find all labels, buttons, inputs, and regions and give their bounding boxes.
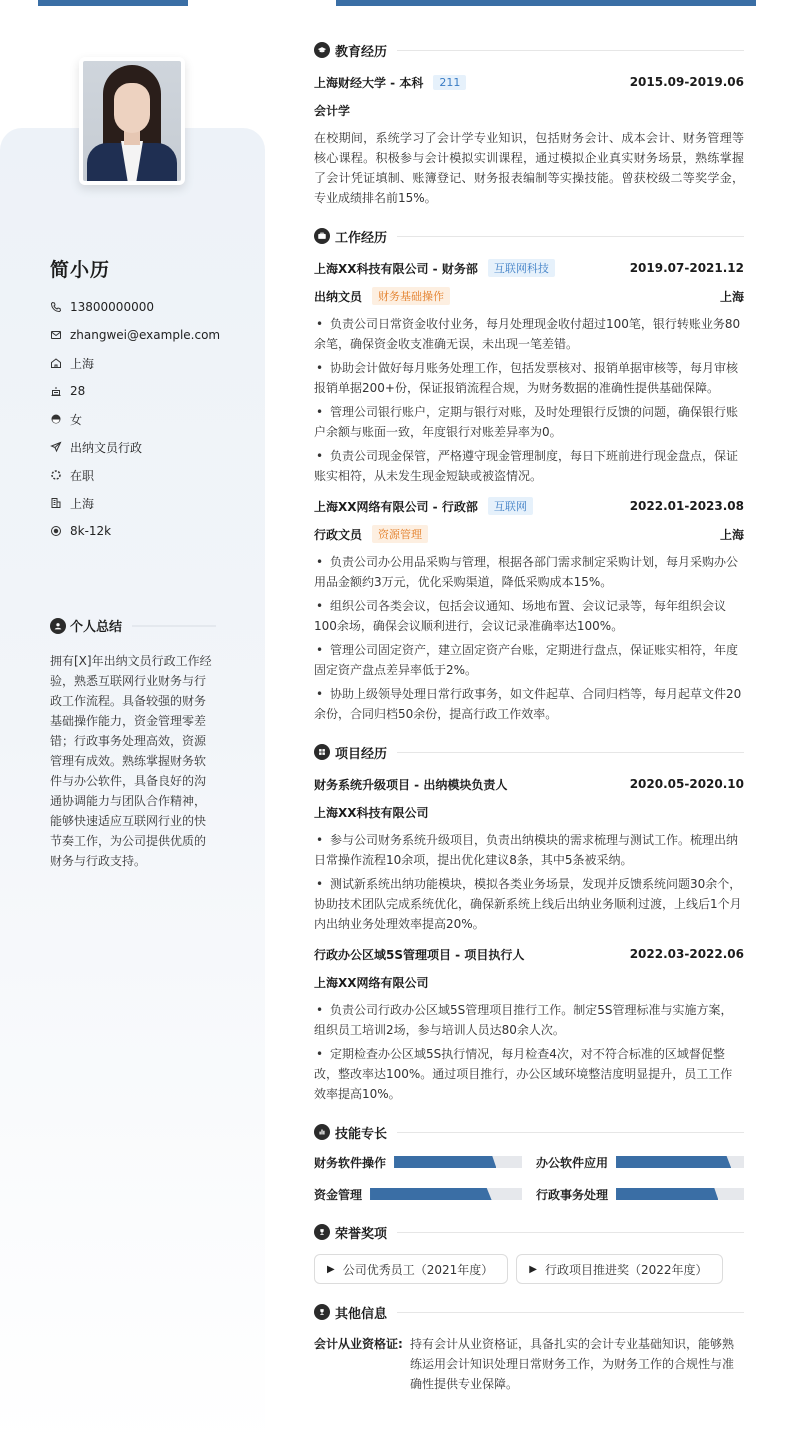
user-icon (50, 618, 66, 634)
company-name: 上海XX网络有限公司 - 行政部 (314, 498, 478, 515)
grid-icon (314, 744, 330, 760)
skill-bar (394, 1156, 522, 1168)
top-accent-bar-left (38, 0, 188, 6)
project-bullets: •负责公司行政办公区域5S管理项目推行工作。制定5S管理标准与实施方案，组织员工… (314, 1000, 744, 1104)
contact-position: 出纳文员行政 (50, 433, 220, 461)
list-item: •管理公司银行账户，定期与银行对账，及时处理银行反馈的问题，确保银行账户余额与账… (314, 402, 744, 442)
list-item: •组织公司各类会议，包括会议通知、场地布置、会议记录等，每年组织会议100余场，… (314, 596, 744, 636)
play-icon: ▶ (529, 1264, 537, 1275)
list-item: •参与公司财务系统升级项目，负责出纳模块的需求梳理与测试工作。梳理出纳日常操作流… (314, 830, 744, 870)
section-heading: 教育经历 (314, 38, 744, 62)
project-company: 上海XX科技有限公司 (314, 804, 429, 821)
project-period: 2020.05-2020.10 (630, 777, 744, 791)
contact-city: 上海 (50, 489, 220, 517)
other-info-row: 会计从业资格证: 持有会计从业资格证，具备扎实的会计专业基础知识，能够熟练运用会… (314, 1334, 744, 1394)
project-company: 上海XX网络有限公司 (314, 974, 429, 991)
work-city: 上海 (720, 526, 744, 543)
other-info-section: 其他信息 会计从业资格证: 持有会计从业资格证，具备扎实的会计专业基础知识，能够… (314, 1300, 744, 1394)
skill-item: 办公软件应用 (536, 1152, 744, 1172)
industry-tag: 互联网 (488, 497, 533, 515)
education-section: 教育经历 上海财经大学 - 本科211 2015.09-2019.06 会计学 … (314, 38, 744, 208)
projects-section: 项目经历 财务系统升级项目 - 出纳模块负责人 2020.05-2020.10 … (314, 740, 744, 1104)
profile-name: 简小历 (50, 255, 110, 282)
school-tag: 211 (433, 75, 466, 90)
home-icon (50, 357, 62, 369)
list-item: •定期检查办公区域5S执行情况，每月检查4次，对不符合标准的区域督促整改，整改率… (314, 1044, 744, 1104)
trophy-icon (314, 1224, 330, 1240)
avatar (79, 57, 185, 185)
project-bullets: •参与公司财务系统升级项目，负责出纳模块的需求梳理与测试工作。梳理出纳日常操作流… (314, 830, 744, 934)
list-item: •负责公司办公用品采购与管理，根据各部门需求制定采购计划，每月采购办公用品金额约… (314, 552, 744, 592)
skills-section: 技能专长 财务软件操作 办公软件应用 资金管理 行政事务处理 (314, 1120, 744, 1204)
status-icon (50, 469, 62, 481)
project-period: 2022.03-2022.06 (630, 947, 744, 961)
work-city: 上海 (720, 288, 744, 305)
project-item: 行政办公区域5S管理项目 - 项目执行人 2022.03-2022.06 上海X… (314, 940, 744, 1104)
project-item: 财务系统升级项目 - 出纳模块负责人 2020.05-2020.10 上海XX科… (314, 770, 744, 934)
company-name: 上海XX科技有限公司 - 财务部 (314, 260, 478, 277)
building-icon (50, 497, 62, 509)
top-accent-bar-right (336, 0, 756, 6)
section-heading: 项目经历 (314, 740, 744, 764)
list-item: •负责公司现金保管，严格遵守现金管理制度，每日下班前进行现金盘点，保证账实相符，… (314, 446, 744, 486)
major: 会计学 (314, 102, 350, 119)
role-tag: 财务基础操作 (372, 287, 450, 305)
bar-chart-icon (314, 1124, 330, 1140)
skill-bar (616, 1188, 744, 1200)
other-info-key: 会计从业资格证: (314, 1334, 410, 1394)
list-item: •协助上级领导处理日常行政事务，如文件起草、合同归档等，每月起草文件20余份，合… (314, 684, 744, 724)
contact-salary: 8k-12k (50, 517, 220, 545)
contact-gender: 女 (50, 405, 220, 433)
profile-photo (83, 61, 181, 181)
section-heading: 技能专长 (314, 1120, 744, 1144)
education-period: 2015.09-2019.06 (630, 75, 744, 89)
cake-icon (50, 385, 62, 397)
contact-phone: 13800000000 (50, 293, 220, 321)
work-bullets: •负责公司办公用品采购与管理，根据各部门需求制定采购计划，每月采购办公用品金额约… (314, 552, 744, 724)
work-item: 上海XX网络有限公司 - 行政部互联网 2022.01-2023.08 行政文员… (314, 492, 744, 724)
other-info-value: 持有会计从业资格证，具备扎实的会计专业基础知识，能够熟练运用会计知识处理日常财务… (410, 1334, 744, 1394)
skill-bar (370, 1188, 522, 1200)
work-item: 上海XX科技有限公司 - 财务部互联网科技 2019.07-2021.12 出纳… (314, 254, 744, 486)
skill-item: 行政事务处理 (536, 1184, 744, 1204)
send-icon (50, 441, 62, 453)
skills-grid: 财务软件操作 办公软件应用 资金管理 行政事务处理 (314, 1152, 744, 1204)
major-row: 会计学 (314, 96, 744, 124)
education-row: 上海财经大学 - 本科211 2015.09-2019.06 (314, 68, 744, 96)
awards-list: ▶公司优秀员工（2021年度） ▶行政项目推进奖（2022年度） (314, 1254, 744, 1284)
skill-item: 财务软件操作 (314, 1152, 522, 1172)
play-icon: ▶ (327, 1264, 335, 1275)
briefcase-icon (314, 228, 330, 244)
project-name: 财务系统升级项目 - 出纳模块负责人 (314, 776, 507, 793)
divider (397, 1232, 744, 1233)
section-heading: 其他信息 (314, 1300, 744, 1324)
work-period: 2022.01-2023.08 (630, 499, 744, 513)
job-title: 出纳文员 (314, 288, 362, 305)
skill-bar (616, 1156, 744, 1168)
divider (132, 625, 216, 627)
section-heading: 工作经历 (314, 224, 744, 248)
contact-email: zhangwei@example.com (50, 321, 220, 349)
info-icon (314, 1304, 330, 1320)
main-content: 教育经历 上海财经大学 - 本科211 2015.09-2019.06 会计学 … (314, 38, 744, 1394)
role-tag: 资源管理 (372, 525, 428, 543)
contact-home: 上海 (50, 349, 220, 377)
divider (397, 1312, 744, 1313)
work-bullets: •负责公司日常资金收付业务，每月处理现金收付超过100笔，银行转账业务80余笔，… (314, 314, 744, 486)
contact-list: 13800000000 zhangwei@example.com 上海 28 女… (50, 293, 220, 545)
school-name: 上海财经大学 - 本科 (314, 74, 423, 91)
work-section: 工作经历 上海XX科技有限公司 - 财务部互联网科技 2019.07-2021.… (314, 224, 744, 724)
contact-age: 28 (50, 377, 220, 405)
industry-tag: 互联网科技 (488, 259, 555, 277)
award-item: ▶公司优秀员工（2021年度） (314, 1254, 508, 1284)
graduation-cap-icon (314, 42, 330, 58)
list-item: •负责公司日常资金收付业务，每月处理现金收付超过100笔，银行转账业务80余笔，… (314, 314, 744, 354)
phone-icon (50, 301, 62, 313)
skill-item: 资金管理 (314, 1184, 522, 1204)
education-description: 在校期间，系统学习了会计学专业知识，包括财务会计、成本会计、财务管理等核心课程。… (314, 128, 744, 208)
contact-status: 在职 (50, 461, 220, 489)
awards-section: 荣誉奖项 ▶公司优秀员工（2021年度） ▶行政项目推进奖（2022年度） (314, 1220, 744, 1284)
divider (397, 752, 744, 753)
section-heading: 荣誉奖项 (314, 1220, 744, 1244)
project-name: 行政办公区域5S管理项目 - 项目执行人 (314, 946, 524, 963)
award-item: ▶行政项目推进奖（2022年度） (516, 1254, 722, 1284)
mail-icon (50, 329, 62, 341)
summary-text: 拥有[X]年出纳文员行政工作经验，熟悉互联网行业财务与行政工作流程。具备较强的财… (50, 651, 216, 871)
gender-icon (50, 413, 62, 425)
summary-heading: 个人总结 (50, 616, 216, 635)
divider (397, 236, 744, 237)
salary-icon (50, 525, 62, 537)
list-item: •协助会计做好每月账务处理工作，包括发票核对、报销单据审核等，每月审核报销单据2… (314, 358, 744, 398)
divider (397, 1132, 744, 1133)
list-item: •测试新系统出纳功能模块，模拟各类业务场景，发现并反馈系统问题30余个，协助技术… (314, 874, 744, 934)
job-title: 行政文员 (314, 526, 362, 543)
list-item: •管理公司固定资产，建立固定资产台账，定期进行盘点，保证账实相符，年度固定资产盘… (314, 640, 744, 680)
divider (397, 50, 744, 51)
list-item: •负责公司行政办公区域5S管理项目推行工作。制定5S管理标准与实施方案，组织员工… (314, 1000, 744, 1040)
work-period: 2019.07-2021.12 (630, 261, 744, 275)
